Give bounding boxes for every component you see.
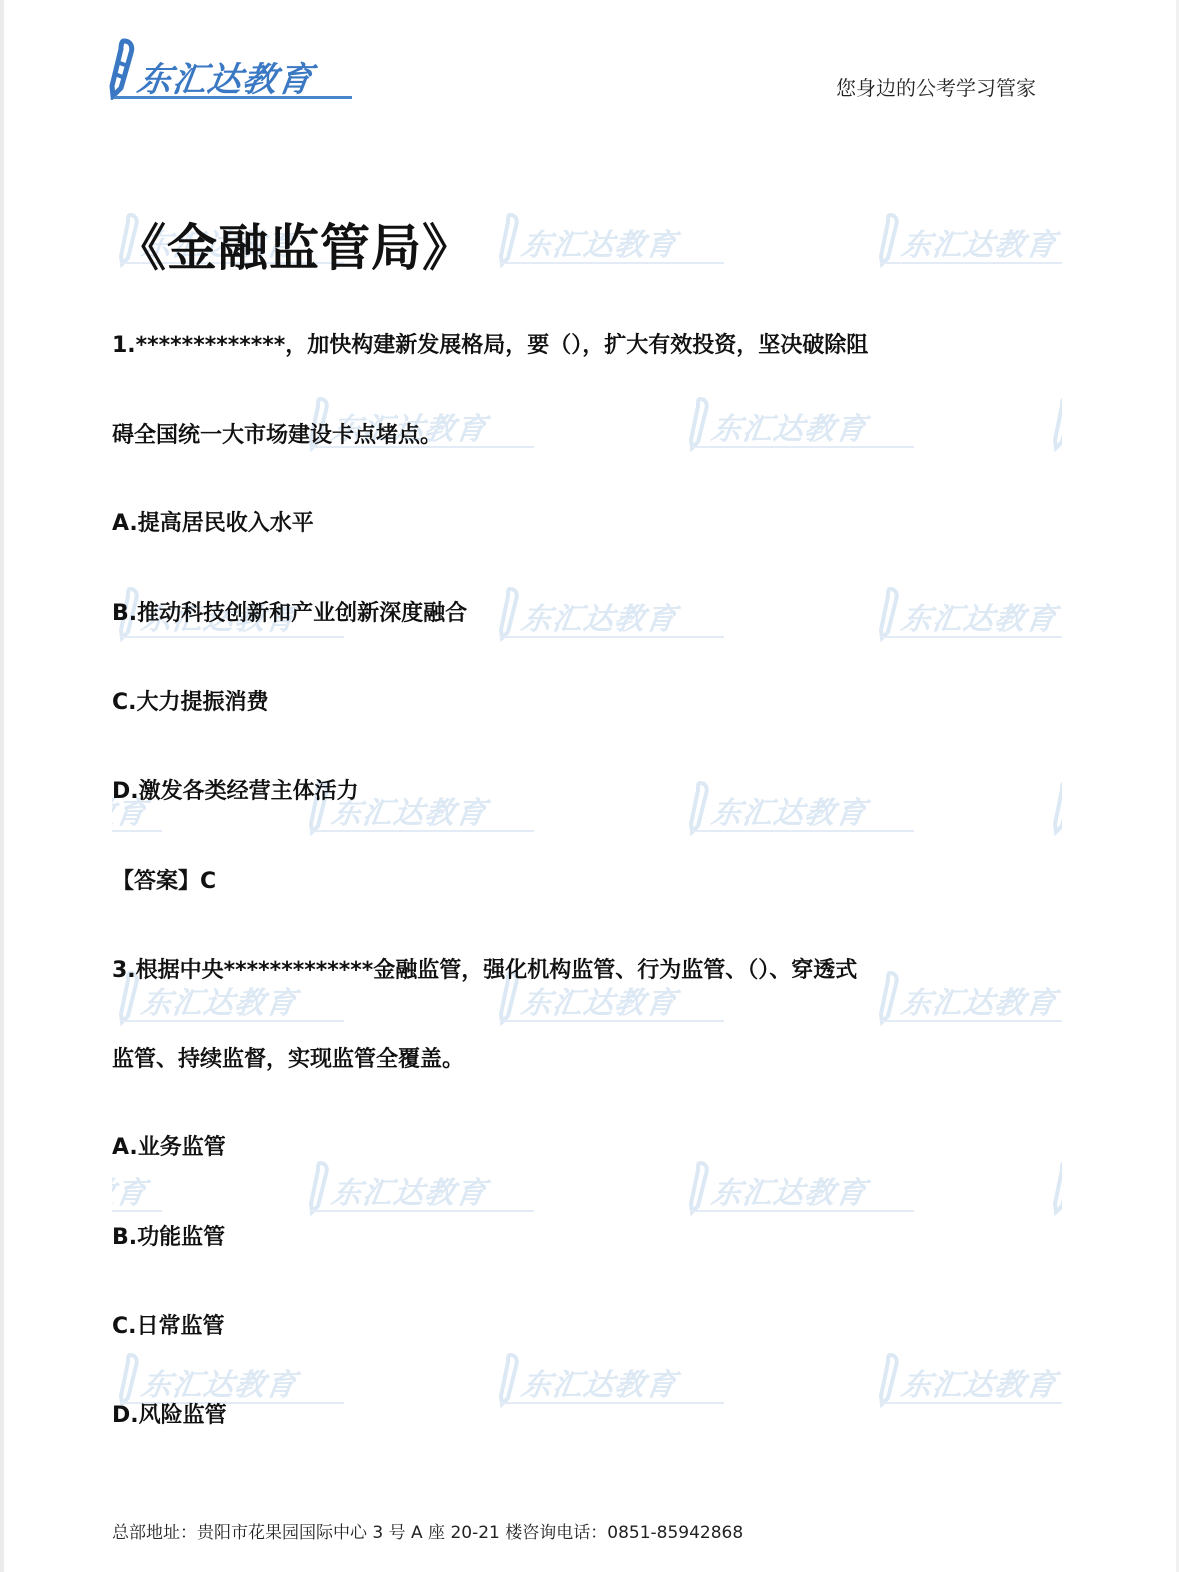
watermark-text: 东汇达教育	[519, 220, 680, 264]
pencil-logo-icon	[306, 1160, 330, 1216]
pencil-logo-icon	[496, 1352, 520, 1408]
pencil-logo-icon	[496, 212, 520, 268]
pencil-logo-icon	[876, 586, 900, 642]
watermark	[1050, 780, 1062, 836]
watermark-text: 东汇达教育	[899, 220, 1060, 264]
document-title: 《金融监管局》	[116, 208, 473, 280]
watermark: 东汇达教育	[876, 1352, 1062, 1408]
pencil-logo-icon	[1050, 1160, 1062, 1216]
watermark-text: 东汇达教育	[519, 978, 680, 1022]
watermark-text: 东汇达教育	[709, 404, 870, 448]
brand-logo: 东汇达教育	[106, 38, 352, 102]
watermark-text: 东汇达教育	[519, 594, 680, 638]
pencil-logo-icon	[106, 38, 138, 100]
answer-label: 【答案】C	[112, 864, 216, 895]
footer-address: 总部地址：贵阳市花果园国际中心 3 号 A 座 20-21 楼咨询电话：0851…	[112, 1518, 743, 1543]
option-a: A.业务监管	[112, 1130, 226, 1161]
watermark: 东汇达教育	[876, 586, 1062, 642]
pencil-logo-icon	[496, 586, 520, 642]
watermark: 东汇达教育	[876, 212, 1062, 268]
option-b: B.功能监管	[112, 1220, 225, 1251]
watermark: 东汇达教育	[496, 586, 724, 642]
watermark-text: 东汇达教育	[139, 978, 300, 1022]
option-a: A.提高居民收入水平	[112, 506, 314, 537]
watermark: 东汇达教育	[686, 780, 914, 836]
pencil-logo-icon	[876, 1352, 900, 1408]
watermark: 东汇达教育	[686, 1160, 914, 1216]
watermark: 东汇达教育	[496, 212, 724, 268]
page-left-edge	[0, 0, 4, 1572]
watermark: 东汇达教育	[686, 396, 914, 452]
question-stem-line: 1.*************，加快构建新发展格局，要（），扩大有效投资，坚决破…	[112, 328, 868, 359]
watermark: 东汇达教育	[306, 1160, 534, 1216]
pencil-logo-icon	[686, 396, 710, 452]
pencil-logo-icon	[686, 1160, 710, 1216]
pencil-logo-icon	[876, 212, 900, 268]
watermark-text: 东汇达教育	[899, 978, 1060, 1022]
pencil-logo-icon	[1050, 780, 1062, 836]
question-stem-line: 碍全国统一大市场建设卡点堵点。	[112, 418, 442, 449]
option-d: D.风险监管	[112, 1398, 227, 1429]
question-stem-line: 3.根据中央*************金融监管，强化机构监管、行为监管、（）、穿…	[112, 953, 857, 984]
option-b: B.推动科技创新和产业创新深度融合	[112, 596, 467, 627]
watermark-text: 东汇达教育	[709, 788, 870, 832]
question-stem-line: 监管、持续监督，实现监管全覆盖。	[112, 1042, 464, 1073]
watermark-text: 东汇达教育	[899, 594, 1060, 638]
watermark: 东汇达教育	[496, 1352, 724, 1408]
watermark-text: 东汇达教育	[112, 1168, 150, 1212]
watermark: 东汇达教育	[112, 1160, 162, 1216]
option-c: C.大力提振消费	[112, 685, 269, 716]
watermark	[1050, 396, 1062, 452]
pencil-logo-icon	[876, 970, 900, 1026]
option-d: D.激发各类经营主体活力	[112, 774, 359, 805]
watermark-text: 东汇达教育	[709, 1168, 870, 1212]
brand-name: 东汇达教育	[135, 52, 317, 101]
watermark-text: 东汇达教育	[519, 1360, 680, 1404]
watermark	[1050, 1160, 1062, 1216]
pencil-logo-icon	[686, 780, 710, 836]
logo-underline	[114, 96, 352, 99]
header-tagline: 您身边的公考学习管家	[836, 72, 1036, 101]
watermark-text: 东汇达教育	[899, 1360, 1060, 1404]
watermark-text: 东汇达教育	[329, 1168, 490, 1212]
pencil-logo-icon	[1050, 396, 1062, 452]
option-c: C.日常监管	[112, 1309, 225, 1340]
watermark: 东汇达教育	[876, 970, 1062, 1026]
